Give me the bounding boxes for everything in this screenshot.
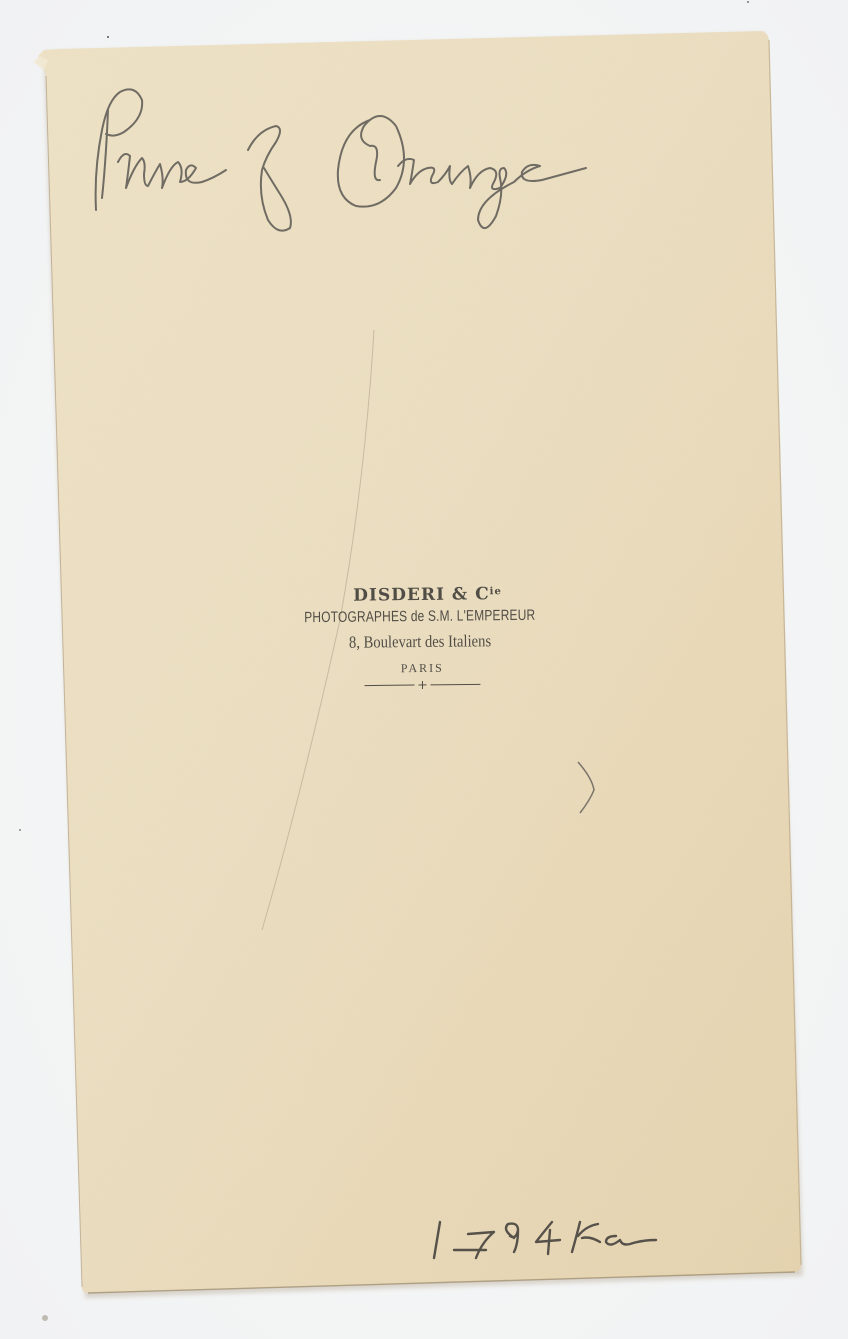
imprint-firm-text: DISDERI & C	[353, 584, 490, 605]
photographer-imprint: DISDERI & Cie PHOTOGRAPHES de S.M. L'EMP…	[284, 581, 555, 697]
scan-background: DISDERI & Cie PHOTOGRAPHES de S.M. L'EMP…	[0, 0, 848, 1339]
pencil-inscription-number	[410, 1200, 670, 1280]
imprint-city: PARIS	[289, 658, 555, 679]
pencil-inscription-title	[80, 70, 720, 250]
imprint-address: 8, Boulevart des Italiens	[287, 630, 554, 655]
imprint-firm-superscript: ie	[490, 586, 502, 597]
imprint-title: PHOTOGRAPHES de S.M. L'EMPEREUR	[288, 605, 552, 630]
carte-de-visite-card: DISDERI & Cie PHOTOGRAPHES de S.M. L'EMP…	[0, 0, 848, 1339]
imprint-firm-name: DISDERI & Cie	[300, 581, 554, 608]
ornamental-rule-icon	[362, 679, 482, 690]
